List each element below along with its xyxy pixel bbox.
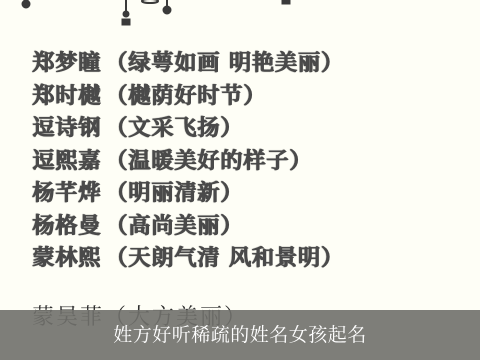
name-text: 杨芊烨: [32, 181, 101, 206]
image-caption: 姓方好听稀疏的姓名女孩起名: [0, 320, 480, 347]
flower-icon: [22, 0, 30, 8]
name-meaning: （温暖美好的样子）: [105, 149, 312, 174]
name-meaning: （樾荫好时节）: [105, 84, 266, 109]
top-decoration: [0, 0, 480, 30]
name-text: 郑梦瞳: [32, 51, 101, 76]
name-text: 逗诗钢: [32, 116, 101, 141]
name-meaning: （天朗气清 风和景明）: [105, 246, 344, 271]
name-meaning: （明丽清新）: [105, 181, 243, 206]
name-entry: 逗诗钢（文采飞扬）: [32, 113, 344, 146]
name-text: 逗熙嘉: [32, 149, 101, 174]
name-entry: 逗熙嘉（温暖美好的样子）: [32, 146, 344, 179]
name-entry: 郑时樾（樾荫好时节）: [32, 81, 344, 114]
name-entry: 杨芊烨（明丽清新）: [32, 178, 344, 211]
name-meaning: （绿萼如画 明艳美丽）: [105, 51, 344, 76]
names-list: 郑梦瞳（绿萼如画 明艳美丽） 郑时樾（樾荫好时节） 逗诗钢（文采飞扬） 逗熙嘉（…: [32, 48, 344, 276]
name-text: 杨格曼: [32, 214, 101, 239]
name-entry: 蒙林熙（天朗气清 风和景明）: [32, 243, 344, 276]
name-meaning: （高尚美丽）: [105, 214, 243, 239]
name-text: 郑时樾: [32, 84, 101, 109]
name-entry: 郑梦瞳（绿萼如画 明艳美丽）: [32, 48, 344, 81]
name-meaning: （文采飞扬）: [105, 116, 243, 141]
name-text: 蒙林熙: [32, 246, 101, 271]
name-entry: 杨格曼（高尚美丽）: [32, 211, 344, 244]
